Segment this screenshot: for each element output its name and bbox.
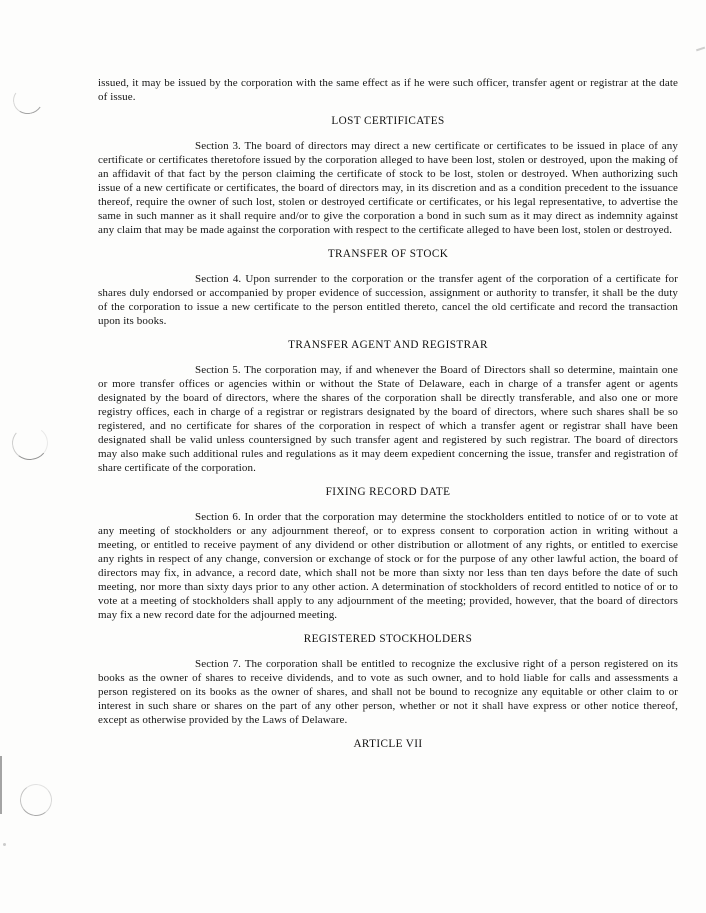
document-body: issued, it may be issued by the corporat… (98, 76, 678, 762)
right-edge-scan-tick (696, 47, 705, 51)
paragraph-continuation: issued, it may be issued by the corporat… (98, 76, 678, 104)
heading-transfer-agent-and-registrar: TRANSFER AGENT AND REGISTRAR (98, 338, 678, 352)
paragraph-section-3: Section 3. The board of directors may di… (98, 139, 678, 237)
heading-transfer-of-stock: TRANSFER OF STOCK (98, 247, 678, 261)
left-edge-scan-dot (3, 843, 6, 846)
paragraph-section-5: Section 5. The corporation may, if and w… (98, 363, 678, 475)
paragraph-section-6: Section 6. In order that the corporation… (98, 510, 678, 622)
pencil-circle-mark-bottom (18, 782, 54, 818)
paragraph-section-4: Section 4. Upon surrender to the corpora… (98, 272, 678, 328)
heading-registered-stockholders: REGISTERED STOCKHOLDERS (98, 632, 678, 646)
heading-article-vii: ARTICLE VII (98, 737, 678, 751)
scanned-document-page: issued, it may be issued by the corporat… (0, 0, 706, 913)
heading-fixing-record-date: FIXING RECORD DATE (98, 485, 678, 499)
left-edge-scan-line (0, 756, 2, 814)
pencil-arc-mark-middle (10, 424, 49, 462)
pencil-arc-mark-top (10, 83, 45, 117)
paragraph-section-7: Section 7. The corporation shall be enti… (98, 657, 678, 727)
heading-lost-certificates: LOST CERTIFICATES (98, 114, 678, 128)
